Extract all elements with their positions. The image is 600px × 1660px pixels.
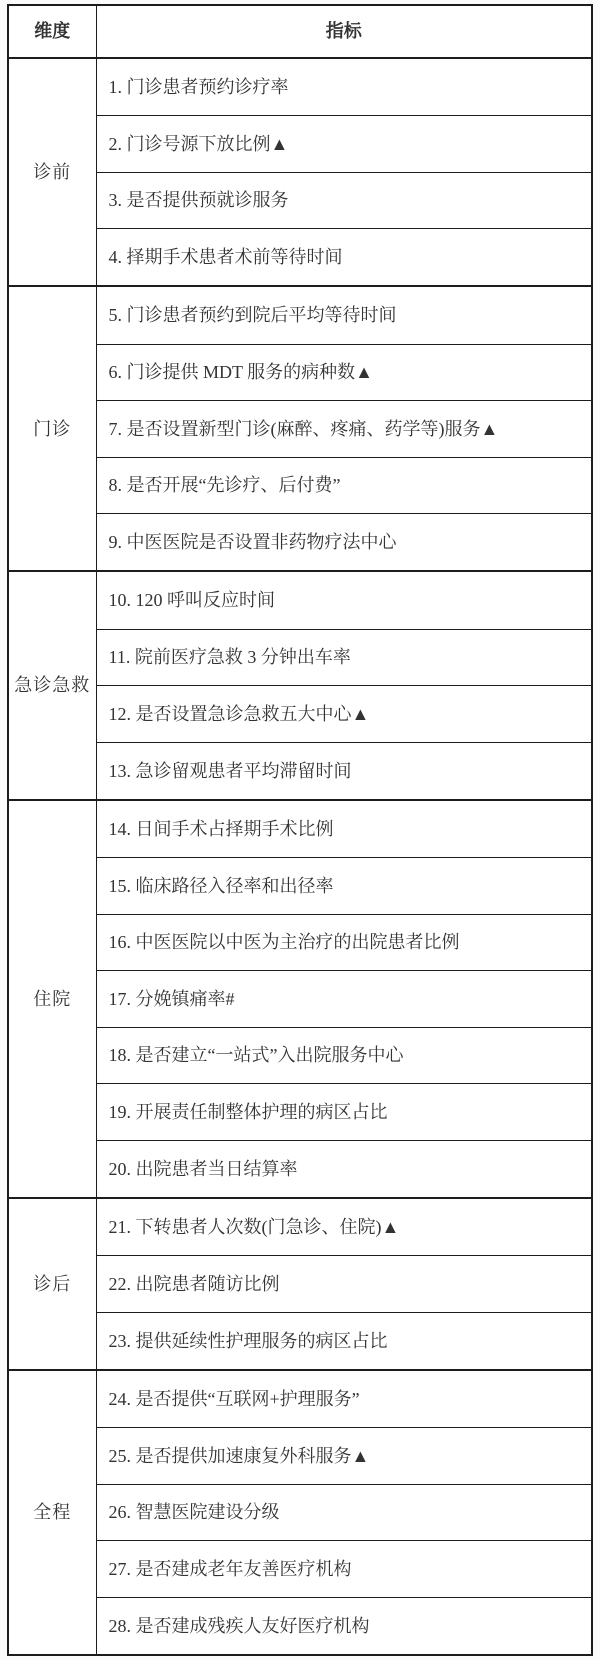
table-row: 诊前1. 门诊患者预约诊疗率 (8, 58, 592, 116)
header-dimension: 维度 (8, 5, 96, 58)
dimension-cell: 门诊 (8, 286, 96, 571)
indicator-cell: 9. 中医医院是否设置非药物疗法中心 (96, 514, 592, 572)
indicator-cell: 5. 门诊患者预约到院后平均等待时间 (96, 286, 592, 344)
table-row: 7. 是否设置新型门诊(麻醉、疼痛、药学等)服务▲ (8, 401, 592, 458)
indicator-cell: 6. 门诊提供 MDT 服务的病种数▲ (96, 344, 592, 401)
indicator-cell: 24. 是否提供“互联网+护理服务” (96, 1370, 592, 1428)
indicator-cell: 23. 提供延续性护理服务的病区占比 (96, 1312, 592, 1370)
indicator-cell: 15. 临床路径入径率和出径率 (96, 858, 592, 915)
table-row: 15. 临床路径入径率和出径率 (8, 858, 592, 915)
table-row: 8. 是否开展“先诊疗、后付费” (8, 457, 592, 514)
table-row: 12. 是否设置急诊急救五大中心▲ (8, 686, 592, 743)
table-row: 23. 提供延续性护理服务的病区占比 (8, 1312, 592, 1370)
indicator-cell: 12. 是否设置急诊急救五大中心▲ (96, 686, 592, 743)
indicator-cell: 7. 是否设置新型门诊(麻醉、疼痛、药学等)服务▲ (96, 401, 592, 458)
indicator-cell: 26. 智慧医院建设分级 (96, 1484, 592, 1541)
table-row: 19. 开展责任制整体护理的病区占比 (8, 1084, 592, 1141)
table-row: 全程24. 是否提供“互联网+护理服务” (8, 1370, 592, 1428)
indicator-cell: 25. 是否提供加速康复外科服务▲ (96, 1428, 592, 1485)
indicator-cell: 10. 120 呼叫反应时间 (96, 571, 592, 629)
table-row: 9. 中医医院是否设置非药物疗法中心 (8, 514, 592, 572)
table-row: 20. 出院患者当日结算率 (8, 1140, 592, 1198)
indicator-cell: 22. 出院患者随访比例 (96, 1256, 592, 1313)
table-row: 门诊5. 门诊患者预约到院后平均等待时间 (8, 286, 592, 344)
header-row: 维度 指标 (8, 5, 592, 58)
indicator-cell: 16. 中医医院以中医为主治疗的出院患者比例 (96, 914, 592, 971)
indicator-cell: 17. 分娩镇痛率# (96, 971, 592, 1028)
table-row: 18. 是否建立“一站式”入出院服务中心 (8, 1027, 592, 1084)
table-row: 11. 院前医疗急救 3 分钟出车率 (8, 629, 592, 686)
table-row: 25. 是否提供加速康复外科服务▲ (8, 1428, 592, 1485)
table-row: 13. 急诊留观患者平均滞留时间 (8, 742, 592, 800)
indicator-cell: 3. 是否提供预就诊服务 (96, 172, 592, 229)
indicator-cell: 11. 院前医疗急救 3 分钟出车率 (96, 629, 592, 686)
indicator-cell: 20. 出院患者当日结算率 (96, 1140, 592, 1198)
indicator-cell: 1. 门诊患者预约诊疗率 (96, 58, 592, 116)
table-row: 22. 出院患者随访比例 (8, 1256, 592, 1313)
indicator-cell: 27. 是否建成老年友善医疗机构 (96, 1541, 592, 1598)
indicator-cell: 14. 日间手术占择期手术比例 (96, 800, 592, 858)
table-row: 2. 门诊号源下放比例▲ (8, 116, 592, 173)
indicator-cell: 13. 急诊留观患者平均滞留时间 (96, 742, 592, 800)
indicator-cell: 28. 是否建成残疾人友好医疗机构 (96, 1597, 592, 1655)
dimension-cell: 全程 (8, 1370, 96, 1655)
table-row: 3. 是否提供预就诊服务 (8, 172, 592, 229)
table-row: 28. 是否建成残疾人友好医疗机构 (8, 1597, 592, 1655)
table-row: 4. 择期手术患者术前等待时间 (8, 229, 592, 287)
table-row: 27. 是否建成老年友善医疗机构 (8, 1541, 592, 1598)
dimension-cell: 诊前 (8, 58, 96, 286)
table-row: 6. 门诊提供 MDT 服务的病种数▲ (8, 344, 592, 401)
indicator-cell: 2. 门诊号源下放比例▲ (96, 116, 592, 173)
table-row: 诊后21. 下转患者人次数(门急诊、住院)▲ (8, 1198, 592, 1256)
indicator-table: 维度 指标 诊前1. 门诊患者预约诊疗率2. 门诊号源下放比例▲3. 是否提供预… (7, 4, 593, 1656)
table-row: 26. 智慧医院建设分级 (8, 1484, 592, 1541)
dimension-cell: 住院 (8, 800, 96, 1198)
table-row: 住院14. 日间手术占择期手术比例 (8, 800, 592, 858)
header-indicator: 指标 (96, 5, 592, 58)
indicator-cell: 18. 是否建立“一站式”入出院服务中心 (96, 1027, 592, 1084)
table-row: 16. 中医医院以中医为主治疗的出院患者比例 (8, 914, 592, 971)
table-row: 急诊急救10. 120 呼叫反应时间 (8, 571, 592, 629)
dimension-cell: 诊后 (8, 1198, 96, 1370)
indicator-cell: 21. 下转患者人次数(门急诊、住院)▲ (96, 1198, 592, 1256)
page: 维度 指标 诊前1. 门诊患者预约诊疗率2. 门诊号源下放比例▲3. 是否提供预… (0, 0, 600, 1660)
indicator-cell: 19. 开展责任制整体护理的病区占比 (96, 1084, 592, 1141)
indicator-cell: 8. 是否开展“先诊疗、后付费” (96, 457, 592, 514)
indicator-cell: 4. 择期手术患者术前等待时间 (96, 229, 592, 287)
dimension-cell: 急诊急救 (8, 571, 96, 799)
table-row: 17. 分娩镇痛率# (8, 971, 592, 1028)
